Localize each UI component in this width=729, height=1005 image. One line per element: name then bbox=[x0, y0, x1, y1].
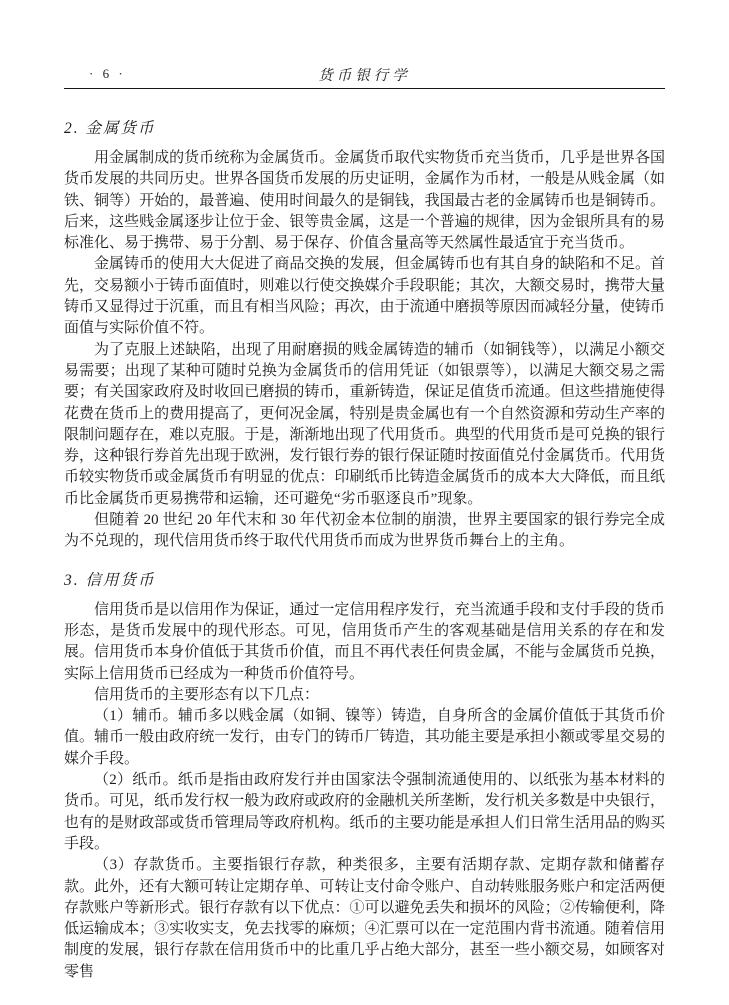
paragraph: 用金属制成的货币统称为金属货币。金属货币取代实物货币充当货币，几乎是世界各国货币… bbox=[64, 148, 665, 254]
paragraph: 信用货币的主要形态有以下几点： bbox=[64, 685, 665, 706]
paragraph-list-item: （3）存款货币。主要指银行存款，种类很多，主要有活期存款、定期存款和储蓄存款。此… bbox=[64, 855, 665, 983]
header-rule bbox=[64, 88, 665, 89]
page-header: · 6 · 货币银行学 bbox=[64, 64, 665, 84]
section-heading-credit-money: 3. 信用货币 bbox=[64, 568, 665, 590]
section-heading-metal-money: 2. 金属货币 bbox=[64, 116, 665, 138]
running-title: 货币银行学 bbox=[64, 64, 665, 85]
paragraph: 为了克服上述缺陷，出现了用耐磨损的贱金属铸造的辅币（如铜钱等），以满足小额交易需… bbox=[64, 340, 665, 510]
paragraph-list-item: （2）纸币。纸币是指由政府发行并由国家法令强制流通使用的、以纸张为基本材料的货币… bbox=[64, 770, 665, 855]
paragraph-list-item: （1）辅币。辅币多以贱金属（如铜、镍等）铸造，自身所含的金属价值低于其货币价值。… bbox=[64, 706, 665, 770]
paragraph: 信用货币是以信用作为保证，通过一定信用程序发行，充当流通手段和支付手段的货币形态… bbox=[64, 600, 665, 685]
paragraph: 但随着 20 世纪 20 年代末和 30 年代初金本位制的崩溃，世界主要国家的银… bbox=[64, 510, 665, 553]
book-page: · 6 · 货币银行学 2. 金属货币 用金属制成的货币统称为金属货币。金属货币… bbox=[0, 0, 729, 1005]
paragraph: 金属铸币的使用大大促进了商品交换的发展，但金属铸币也有其自身的缺陷和不足。首先，… bbox=[64, 254, 665, 339]
